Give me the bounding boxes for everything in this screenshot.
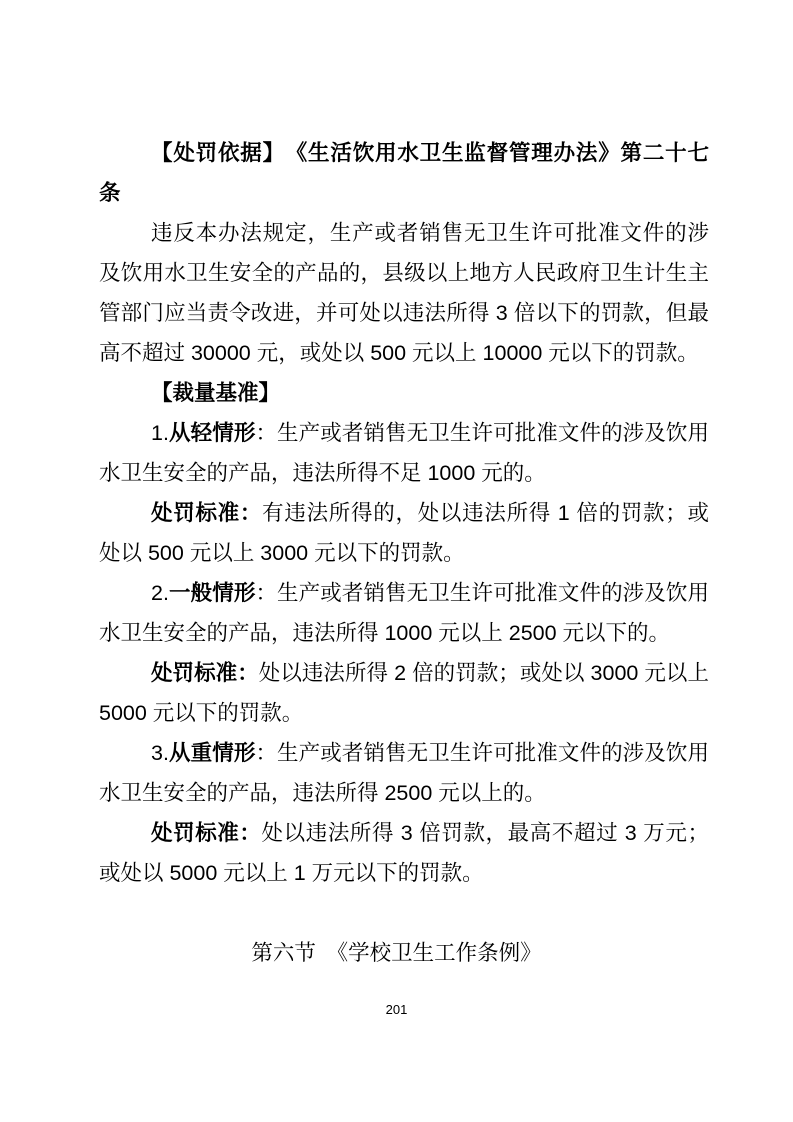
lenient-circumstance-paragraph: 1.从轻情形：生产或者销售无卫生许可批准文件的涉及饮用水卫生安全的产品，违法所得… [99,413,709,493]
bold-text-run: 【裁量基准】 [151,381,280,405]
text-run: 2. [151,581,169,605]
violation-provision-paragraph: 违反本办法规定，生产或者销售无卫生许可批准文件的涉及饮用水卫生安全的产品的，县级… [99,213,709,373]
document-page: 【处罚依据】 《生活饮用水卫生监督管理办法》第二十七条违反本办法规定，生产或者销… [0,0,793,1122]
page-number: 201 [0,1002,793,1018]
document-body: 【处罚依据】 《生活饮用水卫生监督管理办法》第二十七条违反本办法规定，生产或者销… [99,133,709,893]
bold-text-run: 从轻情形 [169,421,256,445]
general-penalty-standard-paragraph: 处罚标准：处以违法所得 2 倍的罚款；或处以 3000 元以上 5000 元以下… [99,653,709,733]
bold-text-run: 一般情形 [169,581,256,605]
severe-circumstance-paragraph: 3.从重情形：生产或者销售无卫生许可批准文件的涉及饮用水卫生安全的产品，违法所得… [99,733,709,813]
bold-text-run: 【处罚依据】 《生活饮用水卫生监督管理办法》第二十七条 [99,141,709,205]
general-circumstance-paragraph: 2.一般情形：生产或者销售无卫生许可批准文件的涉及饮用水卫生安全的产品，违法所得… [99,573,709,653]
discretion-benchmark-heading: 【裁量基准】 [99,373,709,413]
bold-text-run: 处罚标准： [151,821,262,845]
bold-text-run: 从重情形 [169,741,256,765]
lenient-penalty-standard-paragraph: 处罚标准：有违法所得的，处以违法所得 1 倍的罚款；或处以 500 元以上 30… [99,493,709,573]
severe-penalty-standard-paragraph: 处罚标准：处以违法所得 3 倍罚款，最高不超过 3 万元；或处以 5000 元以… [99,813,709,893]
text-run: 违反本办法规定，生产或者销售无卫生许可批准文件的涉及饮用水卫生安全的产品的，县级… [99,221,709,365]
text-run: 3. [151,741,169,765]
penalty-basis-paragraph: 【处罚依据】 《生活饮用水卫生监督管理办法》第二十七条 [99,133,709,213]
bold-text-run: 处罚标准： [151,501,262,525]
text-run: 1. [151,421,169,445]
section-heading: 第六节 《学校卫生工作条例》 [0,933,793,973]
bold-text-run: 处罚标准： [151,661,259,685]
